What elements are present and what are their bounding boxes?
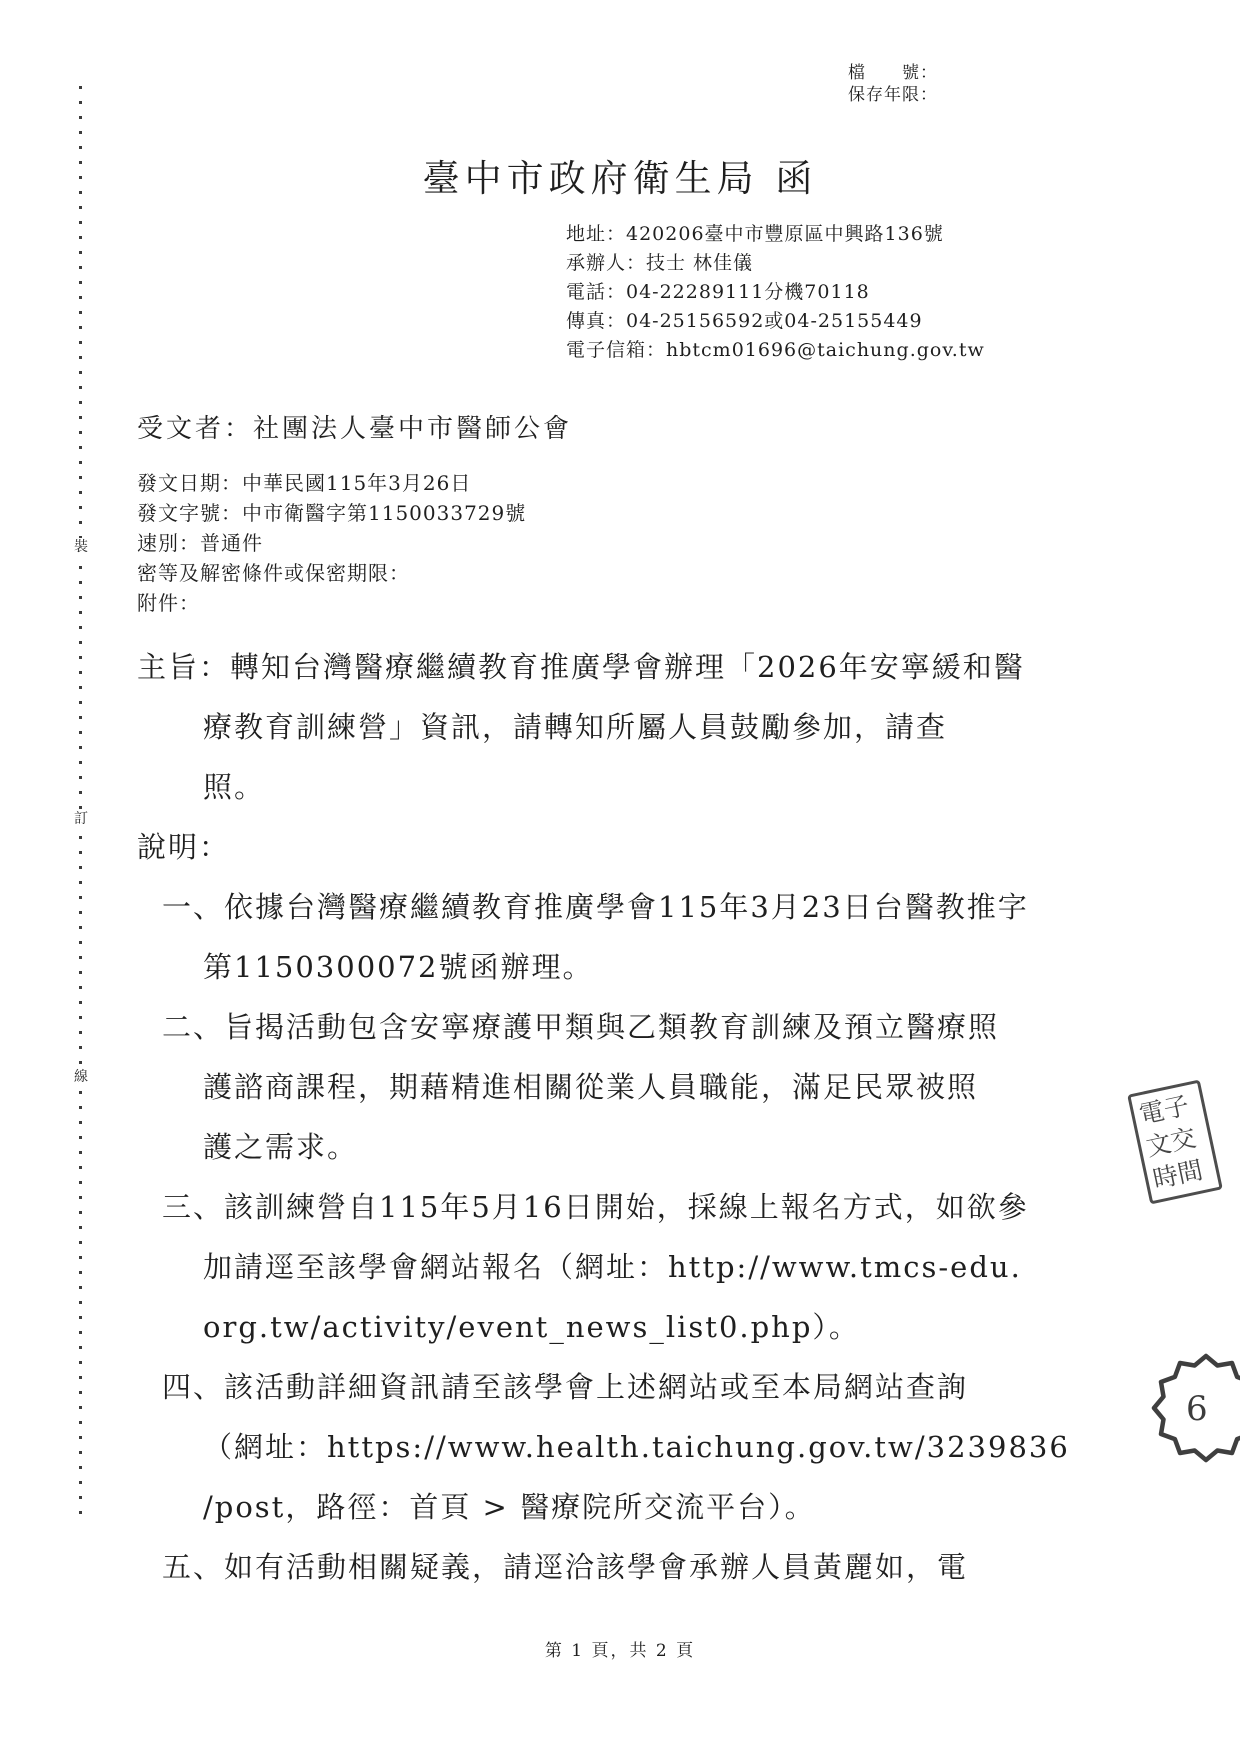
issue-date-line: 發文日期：中華民國115年3月26日 xyxy=(137,468,526,498)
recipient-line: 受文者：社團法人臺中市醫師公會 xyxy=(137,408,572,445)
item-3-line-1: 三、該訓練營自115年5月16日開始，採線上報名方式，如欲參 xyxy=(137,1177,1180,1237)
subject-line-2: 療教育訓練營」資訊，請轉知所屬人員鼓勵參加，請查 xyxy=(137,697,1180,757)
agency-fax: 傳真：04-25156592或04-25155449 xyxy=(566,307,985,336)
item-4-line-2: （網址：https://www.health.taichung.gov.tw/3… xyxy=(137,1417,1180,1477)
subject-line-3: 照。 xyxy=(137,757,1180,817)
item-3-line-3: org.tw/activity/event_news_list0.php）。 xyxy=(137,1297,1180,1357)
document-title: 臺中市政府衛生局 函 xyxy=(0,148,1240,202)
agency-contact-block: 地址：420206臺中市豐原區中興路136號 承辦人：技士 林佳儀 電話：04-… xyxy=(566,220,985,365)
item-1-line-1: 一、依據台灣醫療繼續教育推廣學會115年3月23日台醫教推字 xyxy=(137,877,1180,937)
security-line: 密等及解密條件或保密期限： xyxy=(137,558,526,588)
retention-period-label: 保存年限： xyxy=(848,84,938,106)
item-4-line-3: /post，路徑：首頁 > 醫療院所交流平台）。 xyxy=(137,1477,1180,1537)
file-number-label: 檔 號： xyxy=(848,62,938,84)
subject-line-1: 主旨：轉知台灣醫療繼續教育推廣學會辦理「2026年安寧緩和醫 xyxy=(137,637,1180,697)
exchange-stamp-row-3: 時間 xyxy=(1151,1154,1214,1193)
page-footer: 第 1 頁，共 2 頁 xyxy=(0,1636,1240,1661)
item-5-line-1: 五、如有活動相關疑義，請逕洽該學會承辦人員黃麗如，電 xyxy=(137,1537,1180,1597)
page-number-seal: 6 xyxy=(1150,1352,1240,1464)
attachment-line: 附件： xyxy=(137,588,526,618)
seal-page-number: 6 xyxy=(1186,1389,1208,1429)
item-2-line-2: 護諮商課程，期藉精進相關從業人員職能，滿足民眾被照 xyxy=(137,1057,1180,1117)
agency-contact-person: 承辦人：技士 林佳儀 xyxy=(566,249,985,278)
binding-dotted-line xyxy=(79,86,82,1524)
document-body: 主旨：轉知台灣醫療繼續教育推廣學會辦理「2026年安寧緩和醫 療教育訓練營」資訊… xyxy=(137,637,1180,1597)
doc-number-line: 發文字號：中市衛醫字第1150033729號 xyxy=(137,498,526,528)
explanation-heading: 說明： xyxy=(137,817,1180,877)
item-3-line-2: 加請逕至該學會網站報名（網址：http://www.tmcs-edu. xyxy=(137,1237,1180,1297)
binding-mark-zhuang: 裝 xyxy=(70,538,92,556)
binding-mark-ding: 訂 xyxy=(70,810,92,828)
item-4-line-1: 四、該活動詳細資訊請至該學會上述網站或至本局網站查詢 xyxy=(137,1357,1180,1417)
document-page: 裝 訂 線 檔 號： 保存年限： 臺中市政府衛生局 函 地址：420206臺中市… xyxy=(0,0,1240,1754)
agency-address: 地址：420206臺中市豐原區中興路136號 xyxy=(566,220,985,249)
priority-line: 速別：普通件 xyxy=(137,528,526,558)
agency-phone: 電話：04-22289111分機70118 xyxy=(566,278,985,307)
file-number-block: 檔 號： 保存年限： xyxy=(848,62,938,106)
document-meta-block: 發文日期：中華民國115年3月26日 發文字號：中市衛醫字第1150033729… xyxy=(137,468,526,618)
binding-mark-xian: 線 xyxy=(70,1068,92,1086)
item-1-line-2: 第1150300072號函辦理。 xyxy=(137,937,1180,997)
item-2-line-1: 二、旨揭活動包含安寧療護甲類與乙類教育訓練及預立醫療照 xyxy=(137,997,1180,1057)
item-2-line-3: 護之需求。 xyxy=(137,1117,1180,1177)
agency-email: 電子信箱：hbtcm01696@taichung.gov.tw xyxy=(566,336,985,365)
